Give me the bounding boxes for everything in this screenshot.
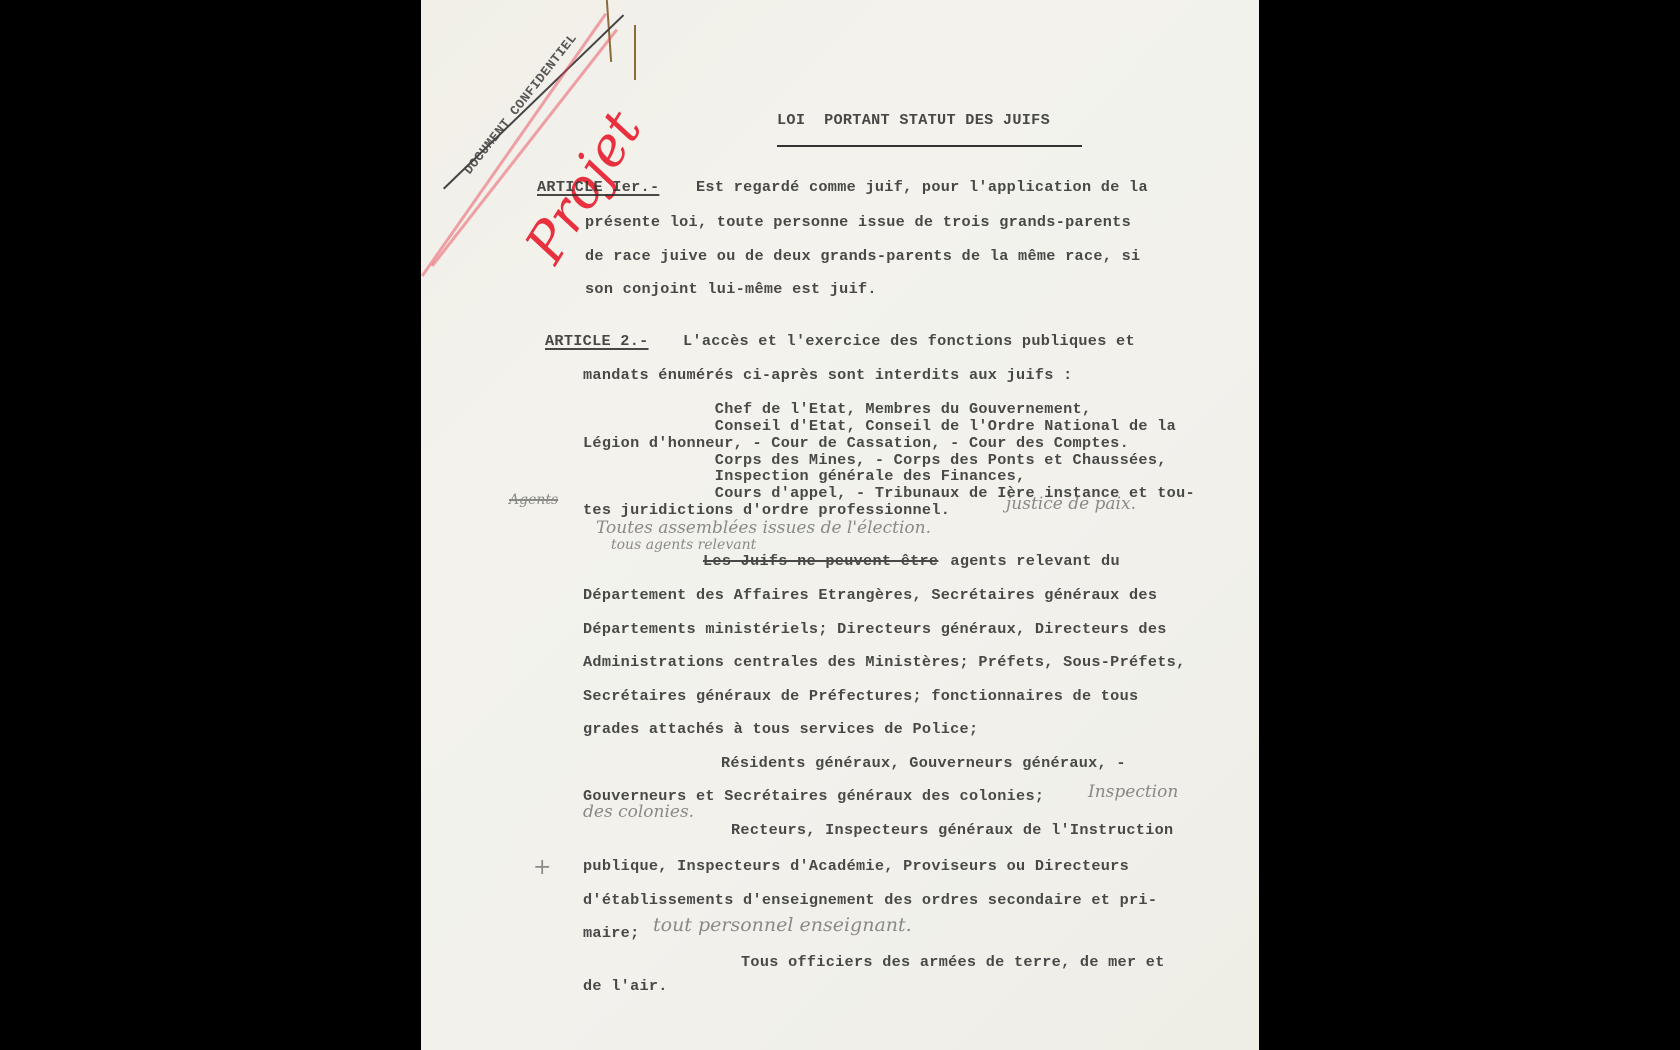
paragraph-line: Secrétaires généraux de Préfectures; fon… <box>583 687 1138 705</box>
document-page: DOCUMENT CONFIDENTIEL Projet LOI PORTANT… <box>421 0 1259 1050</box>
recteurs-line: Recteurs, Inspecteurs généraux de l'Inst… <box>731 821 1173 839</box>
title-rule <box>777 145 1082 147</box>
officers-line: Tous officiers des armées de terre, de m… <box>741 953 1165 971</box>
paragraph-line: Départements ministériels; Directeurs gé… <box>583 620 1167 638</box>
education-line: d'établissements d'enseignement des ordr… <box>583 891 1157 909</box>
education-line: maire; <box>583 924 639 942</box>
article1-line: de race juive ou de deux grands-parents … <box>585 247 1140 265</box>
document-title: LOI PORTANT STATUT DES JUIFS <box>777 111 1050 129</box>
article2-list-line: Chef de l'Etat, Membres du Gouvernement, <box>583 400 1091 418</box>
staple-mark <box>634 25 636 80</box>
article2-list-line: Conseil d'Etat, Conseil de l'Ordre Natio… <box>583 417 1176 435</box>
article2-list-line: Légion d'honneur, - Cour de Cassation, -… <box>583 434 1129 452</box>
article2-list-line: Inspection générale des Finances, <box>583 467 1025 485</box>
article2-label: ARTICLE 2.- <box>545 332 649 350</box>
paragraph-line: grades attachés à tous services de Polic… <box>583 720 978 738</box>
struck-text: Les Juifs ne peuvent être <box>703 552 938 570</box>
article1-line: Est regardé comme juif, pour l'applicati… <box>696 178 1148 196</box>
article1-line: son conjoint lui-même est juif. <box>585 280 877 298</box>
paragraph-line: Administrations centrales des Ministères… <box>583 653 1186 671</box>
handwritten-tous-agents: tous agents relevant <box>611 537 756 553</box>
agents-relevant-line: agents relevant du <box>941 552 1120 570</box>
article2-line: L'accès et l'exercice des fonctions publ… <box>683 332 1135 350</box>
education-line: publique, Inspecteurs d'Académie, Provis… <box>583 857 1129 875</box>
article2-line: mandats énumérés ci-après sont interdits… <box>583 366 1073 384</box>
paragraph-line: Département des Affaires Etrangères, Sec… <box>583 586 1157 604</box>
officers-end-line: de l'air. <box>583 977 668 995</box>
handwritten-assemblees: Toutes assemblées issues de l'élection. <box>596 518 931 538</box>
handwritten-agents-struck: Agents <box>509 492 558 508</box>
handwritten-justice-de-paix: justice de paix. <box>1006 494 1136 514</box>
handwritten-des-colonies: des colonies. <box>583 802 694 822</box>
article2-list-line: tes juridictions d'ordre professionnel. <box>583 501 950 519</box>
handwritten-personnel-enseignant: tout personnel enseignant. <box>653 914 912 936</box>
handwritten-inspection: Inspection <box>1088 782 1178 802</box>
residents-line: Résidents généraux, Gouverneurs généraux… <box>721 754 1126 772</box>
article1-line: présente loi, toute personne issue de tr… <box>585 213 1131 231</box>
handwritten-margin-cross: + <box>533 855 551 880</box>
article1-label: ARTICLE Ier.- <box>537 178 659 196</box>
